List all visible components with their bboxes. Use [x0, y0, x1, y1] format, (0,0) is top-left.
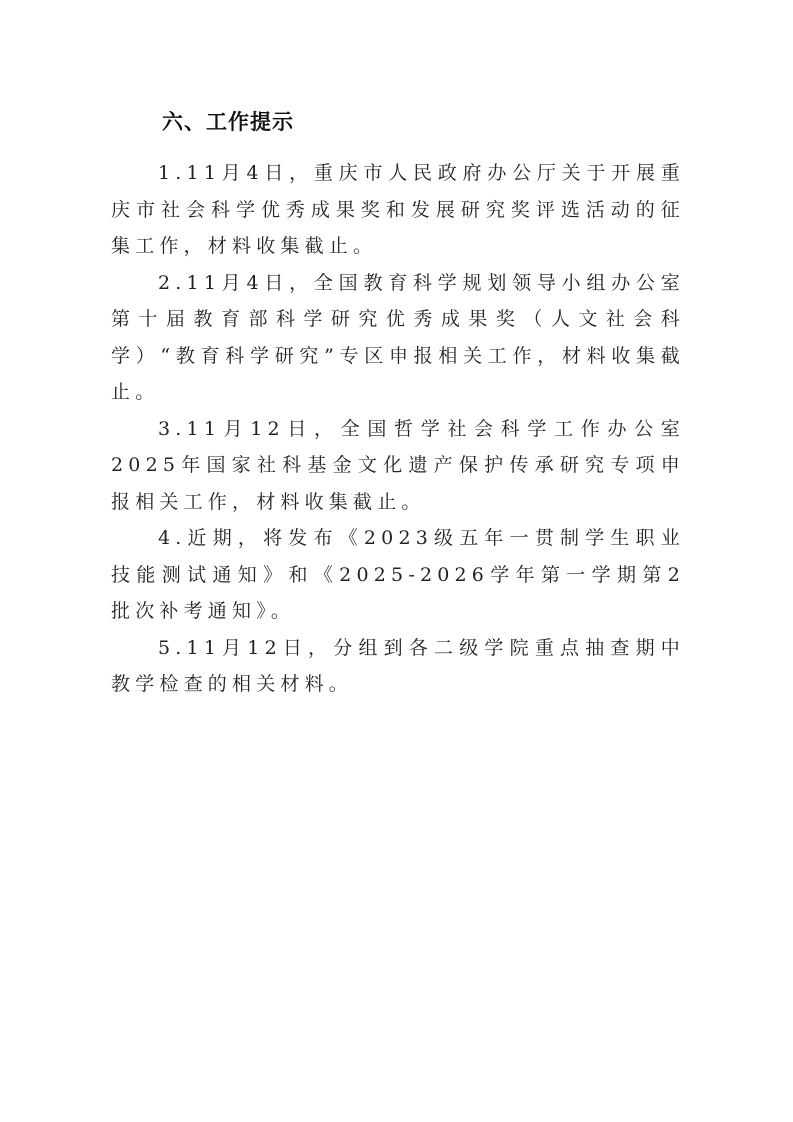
work-item-2: 2.11月4日，全国教育科学规划领导小组办公室第十届教育部科学研究优秀成果奖（人…	[111, 265, 685, 411]
work-item-4: 4.近期，将发布《2023级五年一贯制学生职业技能测试通知》和《2025-202…	[111, 520, 685, 630]
section-heading: 六、工作提示	[162, 106, 294, 136]
work-item-5: 5.11月12日，分组到各二级学院重点抽查期中教学检查的相关材料。	[111, 630, 685, 703]
work-item-3: 3.11月12日，全国哲学社会科学工作办公室2025年国家社科基金文化遗产保护传…	[111, 411, 685, 521]
work-item-1: 1.11月4日，重庆市人民政府办公厅关于开展重庆市社会科学优秀成果奖和发展研究奖…	[111, 155, 685, 265]
section-body: 1.11月4日，重庆市人民政府办公厅关于开展重庆市社会科学优秀成果奖和发展研究奖…	[111, 155, 685, 703]
document-page: 六、工作提示 1.11月4日，重庆市人民政府办公厅关于开展重庆市社会科学优秀成果…	[0, 0, 793, 1122]
